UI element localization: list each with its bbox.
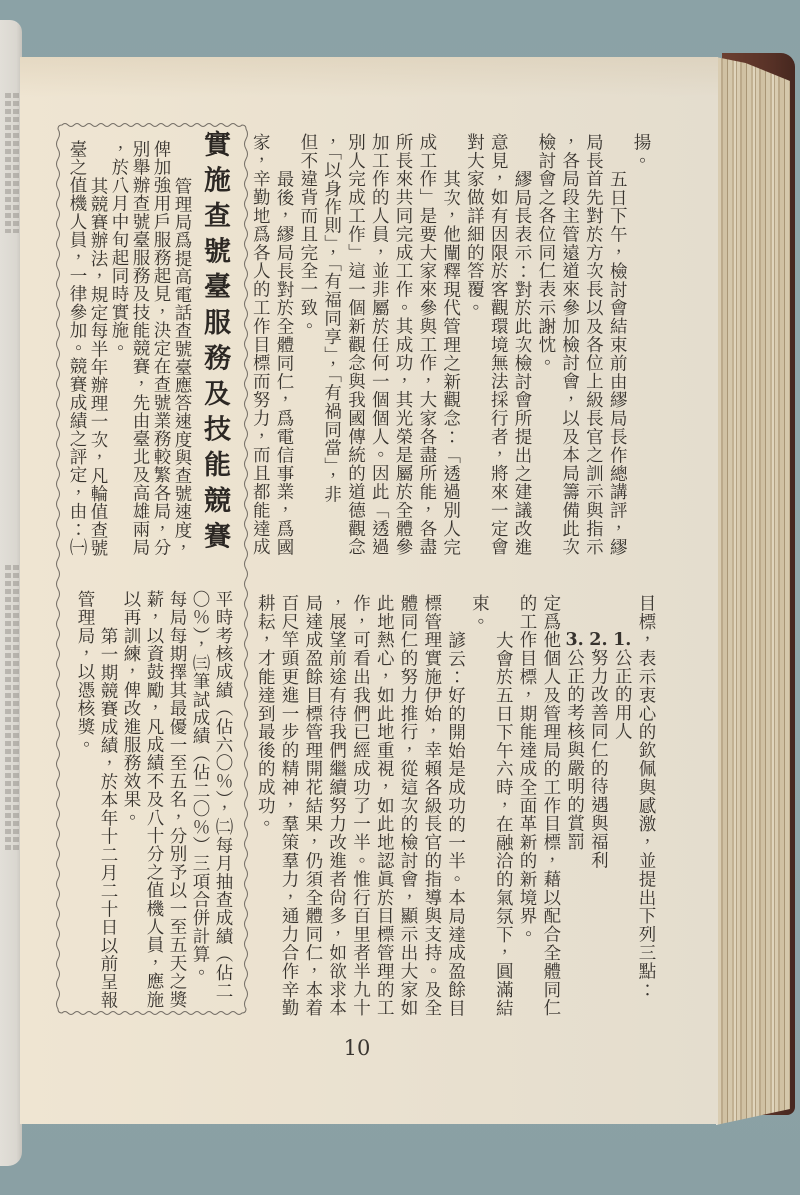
article-column: 百尺竿頭更進一步的精神，羣策羣力，通力合作辛勤 [276, 594, 300, 1034]
sidebar-column: 薪，以資鼓勵，凡成績不及八十分之值機人員，應施 [142, 590, 165, 1030]
article-column: 體同仁的努力推行，從這次的檢討會，顯示出大家如 [395, 594, 419, 1034]
goal-text: 努力改善同仁的待遇與福利 [588, 648, 608, 869]
goal-item: 3.公正的考核與嚴明的賞罰 [562, 594, 586, 1034]
article-column: 意見，如有因限於客觀環境無法採行者，將來一定會 [485, 133, 509, 573]
faint-text-block [13, 565, 19, 850]
article-column: 目標，表示衷心的欽佩與感激，並提出下列三點： [633, 594, 657, 1034]
article-upper-text: 揚。 五日下午，檢討會結束前由繆局長作總講評，繆 局長首先對於方次長以及各位上級… [247, 133, 652, 573]
article-column: 束。 [467, 594, 491, 1034]
faint-text-block [13, 93, 19, 233]
sidebar-box-lower-text: 平時考核成績（佔六〇％），㈡每月抽查成績（佔二 〇％），㈢筆試成績（佔二〇％）三… [73, 590, 234, 1030]
article-column: 所長來共同完成工作。其成功，其光榮是屬於全體參 [390, 133, 414, 573]
sidebar-box-title: 實施查號臺服務及技能競賽 [199, 130, 229, 570]
article-column: 繆局長表示：對於此次檢討會所提出之建議改進 [509, 133, 533, 573]
faint-text-block [5, 93, 11, 233]
sidebar-column: 每局每期擇其最優一至五名，分別予以一至五天之獎 [165, 590, 188, 1030]
faint-text-block [5, 565, 11, 850]
article-column: 的工作目標，期能達成全面革新的新境界。 [514, 594, 538, 1034]
article-column: 局長首先對於方次長以及各位上級長官之訓示與指示 [581, 133, 605, 573]
article-column: 最後，繆局長對於全體同仁，爲電信事業，爲國 [271, 133, 295, 573]
sidebar-column: 管理局，以憑核獎。 [73, 590, 96, 1030]
previous-page-edge [0, 20, 22, 1166]
article-column: 家，辛勤地爲各人的工作目標而努力，而且都能達成 [247, 133, 271, 573]
sidebar-column: 第一期競賽成績，於本年十二月二十日以前呈報 [96, 590, 119, 1030]
goal-number: 1. [612, 631, 632, 649]
article-column: ，各局段主管遠道來參加檢討會，以及本局籌備此次 [557, 133, 581, 573]
sidebar-column: 其競賽辦法，規定每半年辦理一次，凡輪值查號 [87, 140, 108, 580]
article-column: 此地熱心，如此地重視，如此地認眞於目標管理的工 [371, 594, 395, 1034]
goal-item: 2.努力改善同仁的待遇與福利 [586, 594, 610, 1034]
sidebar-column: ，於八月中旬起同時實施。 [108, 140, 129, 580]
sidebar-box-upper-text: 管理局爲提高電話查號臺應答速度與查號速度， 俾加強用戶服務起見，決定在查號業務較… [66, 140, 192, 580]
sidebar-column: 俾加強用戶服務起見，決定在查號業務較繁各局，分 [150, 140, 171, 580]
sidebar-column: 〇％），㈢筆試成績（佔二〇％）三項合併計算。 [188, 590, 211, 1030]
article-column: ，展望前途有待我們繼續努力改進者尙多，如欲求本 [324, 594, 348, 1034]
article-column: 揚。 [628, 133, 652, 573]
goal-number: 3. [565, 631, 585, 649]
sidebar-column: 別舉辦查號臺服務及技能競賽，先由臺北及高雄兩局 [129, 140, 150, 580]
article-column: 局達成盈餘目標管理開花結果，仍須全體同仁，本着 [300, 594, 324, 1034]
article-column: 別人完成工作」這一個新觀念與我國傳統的道德觀念 [343, 133, 367, 573]
article-column: 標管理實施伊始，幸賴各級長官的指導與支持。及全 [419, 594, 443, 1034]
goal-number: 2. [588, 631, 608, 649]
article-column: 作，可看出我們已經成功了一半。惟行百里者半九十 [348, 594, 372, 1034]
article-column: 大會於五日下午六時，在融洽的氣氛下，圓滿結 [490, 594, 514, 1034]
article-column: 諺云：好的開始是成功的一半。本局達成盈餘目 [443, 594, 467, 1034]
article-column: 但不違背而且完全一致。 [295, 133, 319, 573]
article-column: 其次，他闡釋現代管理之新觀念：「透過別人完 [438, 133, 462, 573]
sidebar-column: 以再訓練，俾改進服務效果。 [119, 590, 142, 1030]
goal-text: 公正的用人 [612, 648, 632, 740]
page-number: 10 [337, 1036, 377, 1060]
page-stack-edge [716, 57, 790, 1125]
article-lower-text: 目標，表示衷心的欽佩與感激，並提出下列三點： 1.公正的用人 2.努力改善同仁的… [252, 594, 657, 1034]
article-column: 耕耘，才能達到最後的成功。 [252, 594, 276, 1034]
article-column: ，「以身作則」，「有福同享」，「有禍同當」，非 [319, 133, 343, 573]
sidebar-column: 平時考核成績（佔六〇％），㈡每月抽查成績（佔二 [211, 590, 234, 1030]
article-column: 定爲他個人及管理局的工作目標，藉以配合全體同仁 [538, 594, 562, 1034]
goal-text: 公正的考核與嚴明的賞罰 [565, 648, 585, 850]
article-column: 五日下午，檢討會結束前由繆局長作總講評，繆 [604, 133, 628, 573]
article-column: 對大家做詳細的答覆。 [462, 133, 486, 573]
sidebar-column: 管理局爲提高電話查號臺應答速度與查號速度， [171, 140, 192, 580]
article-column: 成工作」是要大家來參與工作，大家各盡所能，各盡 [414, 133, 438, 573]
goal-item: 1.公正的用人 [609, 594, 633, 1034]
article-column: 檢討會之各位同仁表示謝忱。 [533, 133, 557, 573]
sidebar-column: 臺之值機人員，一律參加。競賽成績之評定，由：㈠ [66, 140, 87, 580]
article-column: 加工作的人員，並非屬於任何一個個人。因此「透過 [366, 133, 390, 573]
page: 揚。 五日下午，檢討會結束前由繆局長作總講評，繆 局長首先對於方次長以及各位上級… [20, 57, 718, 1124]
